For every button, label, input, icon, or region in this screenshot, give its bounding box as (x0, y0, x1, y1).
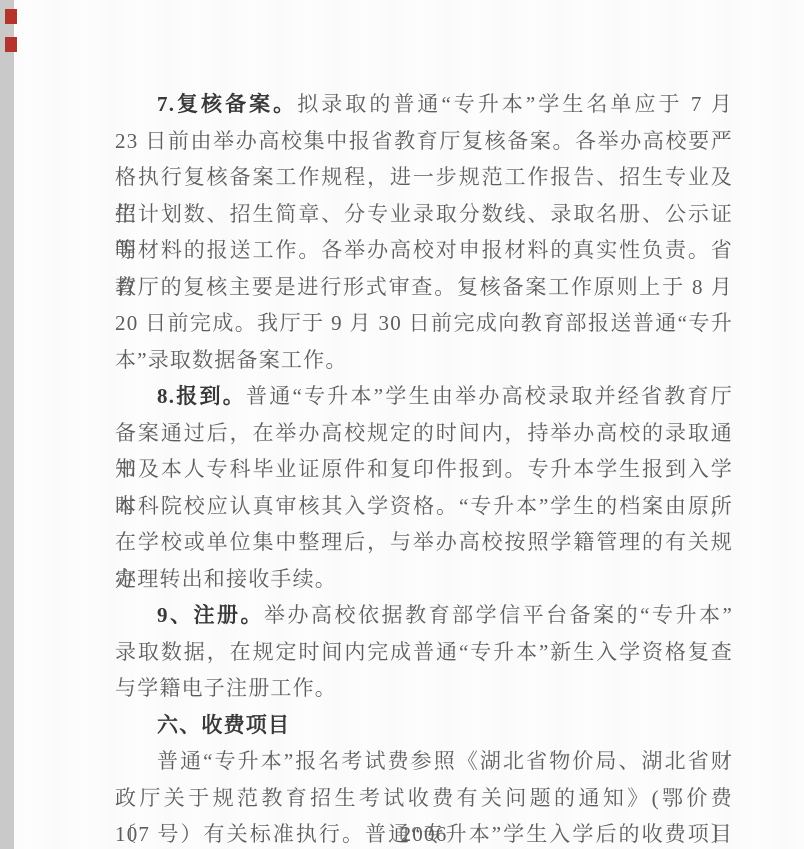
text-line: 育厅的复核主要是进行形式审查。复核备案工作原则上于 8 月 (115, 269, 733, 306)
text-line: 7.复核备案。拟录取的普通“专升本”学生名单应于 7 月 (115, 86, 733, 123)
text-line: 本科院校应认真审核其入学资格。“专升本”学生的档案由原所 (115, 488, 733, 525)
bold-heading-run: 9、注册。 (157, 603, 264, 627)
red-mark-bottom (5, 37, 17, 52)
text-line: 20 日前完成。我厅于 9 月 30 日前完成向教育部报送普通“专升 (115, 305, 733, 342)
bold-heading-run: 六、收费项目 (157, 713, 290, 737)
text-line: 六、收费项目 (115, 707, 733, 744)
body-text-run: 23 日前由举办高校集中报省教育厅复核备案。各举办高校要严 (115, 129, 733, 153)
body-text-run: 办理转出和接收手续。 (115, 567, 337, 591)
text-line: 书及本人专科毕业证原件和复印件报到。专升本学生报到入学时， (115, 451, 733, 488)
text-line: 与学籍电子注册工作。 (115, 670, 733, 707)
document-body: 7.复核备案。拟录取的普通“专升本”学生名单应于 7 月23 日前由举办高校集中… (115, 86, 733, 849)
text-line: 等材料的报送工作。各举办高校对申报材料的真实性负责。省教 (115, 232, 733, 269)
text-line: 9、注册。举办高校依据教育部学信平台备案的“专升本” (115, 597, 733, 634)
text-line: 普通“专升本”报名考试费参照《湖北省物价局、湖北省财 (115, 743, 733, 780)
text-line: 生计划数、招生简章、分专业录取分数线、录取名册、公示证明 (115, 196, 733, 233)
body-text-run: 育厅的复核主要是进行形式审查。复核备案工作原则上于 8 月 (115, 275, 733, 299)
body-text-run: 普通“专升本”学生由举办高校录取并经省教育厅 (246, 384, 733, 408)
text-line: 107 号）有关标准执行。普通“专升本”学生入学后的收费项目 (115, 816, 733, 849)
body-text-run: 拟录取的普通“专升本”学生名单应于 7 月 (297, 92, 733, 116)
text-line: 备案通过后，在举办高校规定的时间内，持举办高校的录取通知 (115, 415, 733, 452)
text-line: 录取数据，在规定时间内完成普通“专升本”新生入学资格复查 (115, 634, 733, 671)
body-text-run: 本科院校应认真审核其入学资格。“专升本”学生的档案由原所 (115, 494, 733, 518)
body-text-run: 20 日前完成。我厅于 9 月 30 日前完成向教育部报送普通“专升 (115, 311, 733, 335)
text-line: 8.报到。普通“专升本”学生由举办高校录取并经省教育厅 (115, 378, 733, 415)
body-text-run: 举办高校依据教育部学信平台备案的“专升本” (264, 603, 733, 627)
text-line: 23 日前由举办高校集中报省教育厅复核备案。各举办高校要严 (115, 123, 733, 160)
scan-edge-strip (0, 0, 14, 849)
text-line: 政厅关于规范教育招生考试收费有关问题的通知》(鄂价费〔2006〕 (115, 780, 733, 817)
body-text-run: 普通“专升本”报名考试费参照《湖北省物价局、湖北省财 (157, 749, 733, 773)
bold-heading-run: 7.复核备案。 (157, 92, 297, 116)
body-text-run: 录取数据，在规定时间内完成普通“专升本”新生入学资格复查 (115, 640, 733, 664)
text-line: 本”录取数据备案工作。 (115, 342, 733, 379)
body-text-run: 本”录取数据备案工作。 (115, 348, 348, 372)
body-text-run: 107 号）有关标准执行。普通“专升本”学生入学后的收费项目 (115, 822, 733, 846)
red-mark-top (5, 9, 17, 24)
body-text-run: 与学籍电子注册工作。 (115, 676, 337, 700)
document-page: 7.复核备案。拟录取的普通“专升本”学生名单应于 7 月23 日前由举办高校集中… (0, 0, 804, 849)
text-line: 格执行复核备案工作规程，进一步规范工作报告、招生专业及招 (115, 159, 733, 196)
text-line: 在学校或单位集中整理后，与举办高校按照学籍管理的有关规定 (115, 524, 733, 561)
bold-heading-run: 8.报到。 (157, 384, 246, 408)
text-line: 办理转出和接收手续。 (115, 561, 733, 598)
